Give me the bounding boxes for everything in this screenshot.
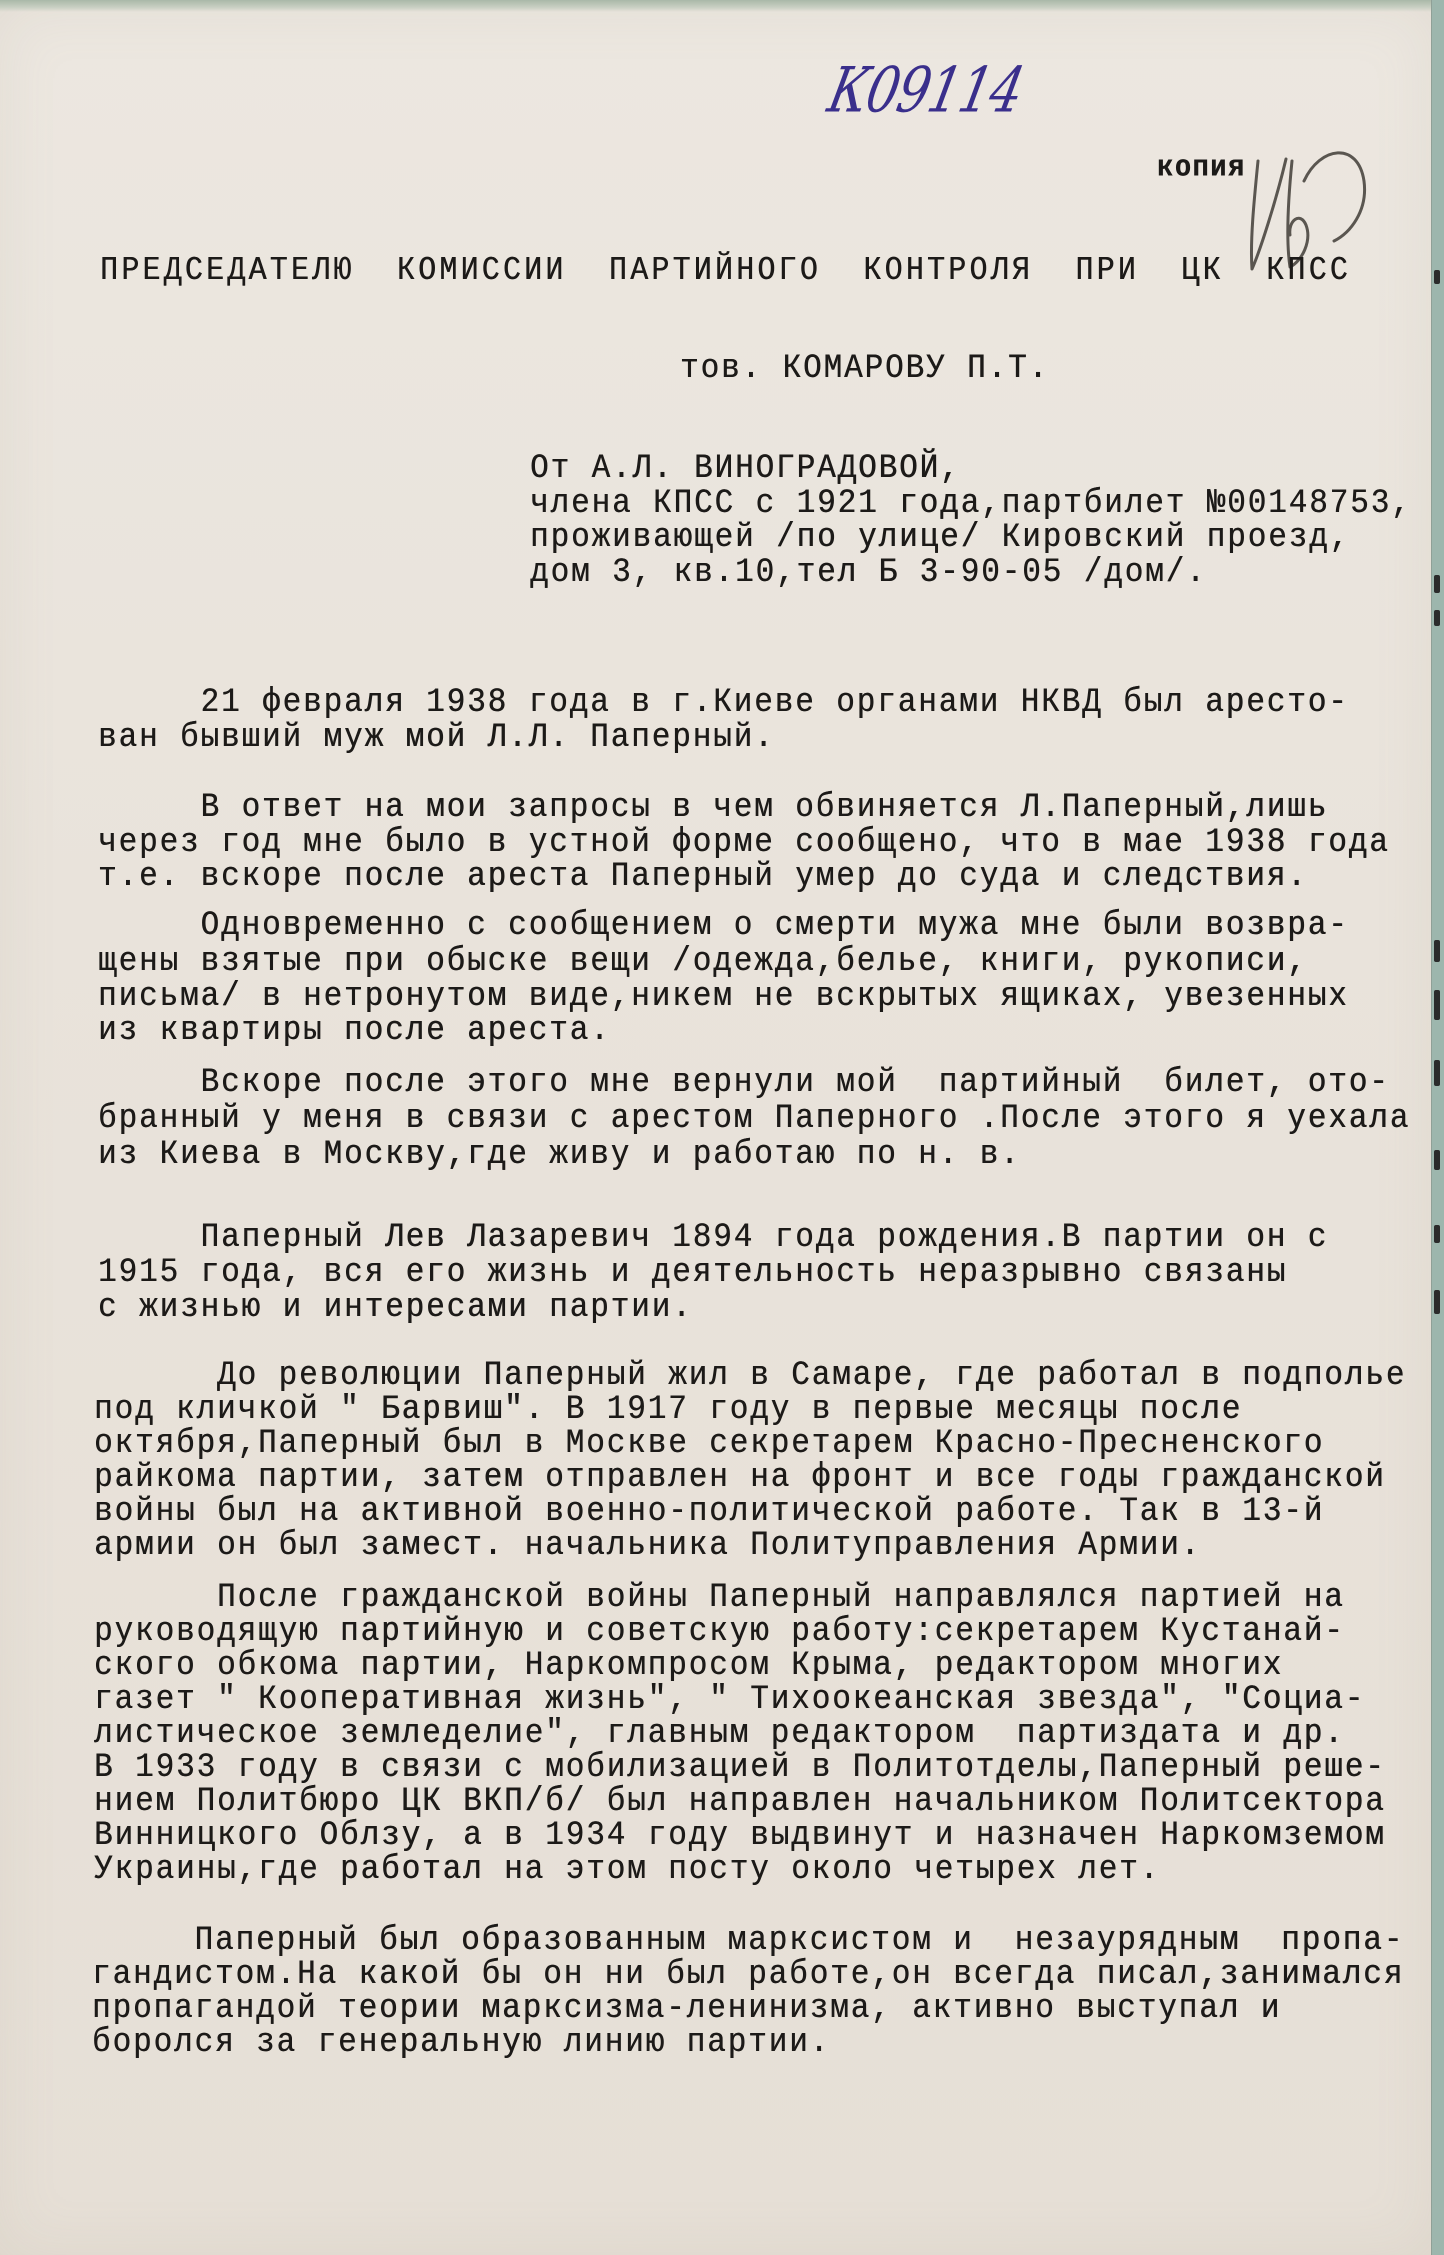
text-line: ван бывший муж мой Л.Л. Паперный. — [98, 719, 775, 757]
text-line: Украины,где работал на этом посту около … — [94, 1851, 1160, 1889]
edge-mark — [1434, 990, 1440, 1020]
text-line: т.е. вскоре после ареста Паперный умер д… — [98, 858, 1308, 896]
edge-mark — [1434, 1150, 1440, 1170]
underlying-page-edge — [1431, 0, 1444, 2255]
sender-line: От А.Л. ВИНОГРАДОВОЙ, — [530, 450, 961, 488]
edge-mark — [1434, 270, 1440, 284]
text-line: армии он был замест. начальника Политупр… — [94, 1527, 1201, 1565]
sender-line: проживающей /по улице/ Кировский проезд, — [530, 519, 1350, 557]
text-line: бранный у меня в связи с арестом Паперно… — [98, 1100, 1410, 1138]
text-line: Одновременно с сообщением о смерти мужа … — [98, 907, 1349, 945]
text-line: 1915 года, вся его жизнь и деятельность … — [98, 1254, 1287, 1292]
edge-mark — [1434, 1290, 1440, 1314]
document-page: К09114 копия ПРЕДСЕДАТЕЛЮ КОМИССИИ ПАРТИ… — [0, 6, 1432, 2255]
text-line: В ответ на мои запросы в чем обвиняется … — [98, 789, 1328, 827]
text-line: из Киева в Москву,где живу и работаю по … — [98, 1136, 1021, 1174]
addressee-title: ПРЕДСЕДАТЕЛЮ КОМИССИИ ПАРТИЙНОГО КОНТРОЛ… — [100, 252, 1351, 290]
page-top-edge — [0, 0, 1444, 12]
text-line: Паперный Лев Лазаревич 1894 года рождени… — [98, 1219, 1328, 1257]
text-line: Вскоре после этого мне вернули мой парти… — [98, 1064, 1390, 1102]
sender-line: дом 3, кв.10,тел Б 3-90-05 /дом/. — [530, 554, 1207, 592]
text-line: из квартиры после ареста. — [98, 1012, 611, 1050]
edge-mark — [1434, 940, 1440, 962]
text-line: 21 февраля 1938 года в г.Киеве органами … — [98, 684, 1349, 722]
edge-mark — [1434, 610, 1440, 626]
text-line: щены взятые при обыске вещи /одежда,бель… — [98, 943, 1308, 981]
edge-mark — [1434, 575, 1440, 593]
text-line: с жизнью и интересами партии. — [98, 1289, 693, 1327]
edge-mark — [1434, 1225, 1440, 1243]
edge-mark — [1434, 1060, 1440, 1086]
text-line: боролся за генеральную линию партии. — [92, 2024, 830, 2062]
addressee-name: тов. КОМАРОВУ П.Т. — [680, 350, 1049, 388]
copy-label: копия — [1157, 150, 1246, 188]
archive-number-handwritten: К09114 — [822, 54, 1029, 127]
